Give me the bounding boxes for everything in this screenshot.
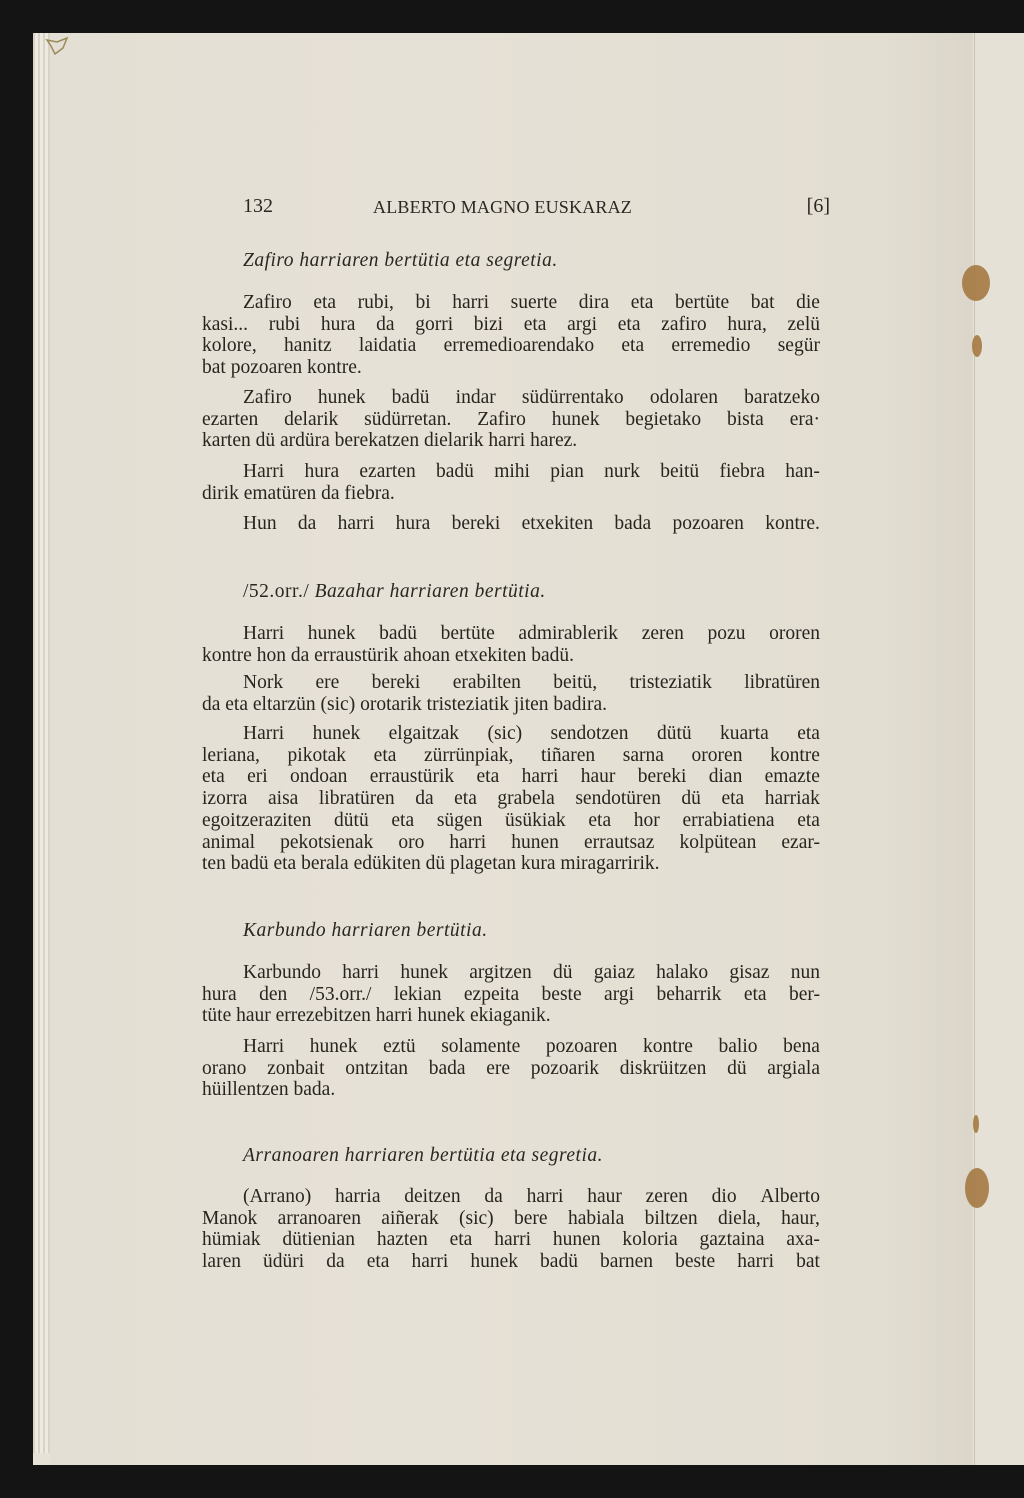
word: bertüte [441,623,495,645]
word: habiala [568,1208,624,1230]
page-number: 132 [243,195,273,218]
word: harri [452,292,489,314]
ink-stain [972,335,982,357]
word: laidatia [359,335,416,357]
word: bat [751,292,775,314]
word: dütienian [282,1229,355,1251]
word: leriana, [202,745,260,767]
word: Manok [202,1208,257,1230]
word: zelü [788,314,820,336]
text-line: Harrihuraezartenbadümihipiannurkbeitüfie… [202,461,820,483]
word: beste [675,1251,715,1273]
word: gaiaz [594,962,635,984]
paragraph: Zafiroetarubi,biharrisuertediraetabertüt… [202,292,820,379]
word: eta [477,766,500,788]
word: hunek [318,387,366,409]
word: deitzen [404,1186,460,1208]
word: beitü, [553,672,597,694]
word: aiñerak [381,1208,438,1230]
text-line: hüillentzen bada. [202,1079,820,1101]
text-line: oranozonbaitontzitanbadaerepozoarikdiskr… [202,1058,820,1080]
word: eta [450,1229,473,1251]
word: hunek [310,1036,358,1058]
page-edges [33,33,51,1453]
word: admirablerik [518,623,618,645]
word: /53.orr./ [310,984,372,1006]
word: hunen [553,1229,601,1251]
word: kontre [770,745,820,767]
word: sendotzen [551,723,629,745]
word: gaztaina [700,1229,765,1251]
word: animal [202,832,255,854]
word: halako [656,962,708,984]
text-line: da eta eltarzün (sic) orotarik tristezia… [202,694,820,716]
ink-stain [962,265,990,301]
word: han- [785,461,820,483]
word: diskrüitzen [620,1058,707,1080]
heading-text: Zafiro harriaren bertütia eta segretia. [243,250,558,271]
word: hura [202,984,237,1006]
word: pian [550,461,584,483]
word: indar [456,387,496,409]
word: erremedioarendako [444,335,595,357]
paragraph: Harrihunekbadübertüteadmirablerikzerenpo… [202,623,820,666]
word: ezarten [359,461,415,483]
word: harri [338,513,375,535]
word: ezpeita [464,984,519,1006]
word: pozoaren [546,1036,617,1058]
word: ontzitan [345,1058,408,1080]
word: lekian [394,984,442,1006]
word: Zafiro [243,387,292,409]
ink-stain [965,1168,989,1208]
word: Harri [243,623,284,645]
section-marker: [6] [807,195,830,218]
word: grabela [497,788,554,810]
text-line: Manokarranoarenaiñerak(sic)berehabialabi… [202,1208,820,1230]
paragraph: Hundaharrihuraberekietxekitenbadapozoare… [202,513,820,535]
word: libratüren [319,788,395,810]
word: dü [681,788,701,810]
word: bista [727,409,764,431]
word: bereki [372,672,421,694]
word: bi [416,292,431,314]
word: arranoaren [278,1208,361,1230]
word: badü [540,1251,578,1273]
text-line: Harrihunekeztüsolamentepozoarenkontrebal… [202,1036,820,1058]
word: pekotsienak [280,832,373,854]
word: harri [411,1251,448,1273]
word: eta [631,292,654,314]
word: Alberto [760,1186,820,1208]
word: pikotak [288,745,347,767]
word: (sic) [459,1208,494,1230]
word: harri [522,766,559,788]
text-line: ten badü eta berala edükiten dü plagetan… [202,853,820,875]
word: hunek [400,962,448,984]
word: hunen [511,832,559,854]
word: ororen [692,745,743,767]
word: eta [797,810,820,832]
heading-text: Arranoaren harriaren bertütia eta segret… [243,1145,603,1166]
word: zeren [646,1186,688,1208]
word: ororen [769,623,820,645]
text-line: dirik ematüren da fiebra. [202,483,820,505]
text-line: kolore,hanitzlaidatiaerremedioarendakoet… [202,335,820,357]
word: dio [712,1186,737,1208]
text-line: Zafirohunekbadüindarsüdürrentakoodolaren… [202,387,820,409]
paragraph: Karbundoharrihunekargitzendügaiazhalakog… [202,962,820,1027]
word: rubi, [358,292,394,314]
word: beste [542,984,582,1006]
word: laren [202,1251,241,1273]
word: errabiatiena [682,810,774,832]
word: suerte [511,292,558,314]
word: hura, [727,314,767,336]
word: zürrünpiak, [424,745,513,767]
ink-stain [973,1115,979,1133]
word: axa- [786,1229,820,1251]
word: haur, [781,1208,820,1230]
word: sendotüren [575,788,661,810]
word: Karbundo [243,962,321,984]
word: hanitz [284,335,332,357]
word: bereki [452,513,501,535]
word: eztü [383,1036,415,1058]
word: ezar- [781,832,820,854]
word: eta [202,766,225,788]
word: badü [392,387,430,409]
word: hor [634,810,660,832]
word: pozoaren [672,513,743,535]
running-title: ALBERTO MAGNO EUSKARAZ [373,197,632,218]
text-line: tüte haur errezebitzen harri hunek ekiag… [202,1005,820,1027]
word: haur [587,1186,622,1208]
word: eta [524,314,547,336]
word: eta [588,810,611,832]
paragraph: Harrihunekelgaitzak(sic)sendotzendütükua… [202,723,820,875]
word: kuarta [720,723,769,745]
word: Harri [243,1036,284,1058]
word: eta [621,335,644,357]
word: da [376,314,394,336]
word: bat [796,1251,820,1273]
text-line: etaeriondoanerraustüriketaharrihaurberek… [202,766,820,788]
word: argitzen [469,962,531,984]
word: die [796,292,820,314]
word: harria [335,1186,380,1208]
word: da [326,1251,344,1273]
text-line: huraden/53.orr./lekianezpeitabesteargibe… [202,984,820,1006]
section-heading: Zafiro harriaren bertütia eta segretia. [243,250,558,272]
word: hunek [470,1251,518,1273]
text-line: Harrihunekelgaitzak(sic)sendotzendütükua… [202,723,820,745]
word: solamente [441,1036,520,1058]
word: sarna [623,745,664,767]
word: libratüren [744,672,820,694]
word: südürretan. [364,409,451,431]
word: Hun [243,513,277,535]
word: egoitzeraziten [202,810,311,832]
word: erraustürik [370,766,454,788]
facing-page-edge [974,33,1024,1465]
word: segür [778,335,820,357]
section-heading: Karbundo harriaren bertütia. [243,920,488,942]
word: ber- [789,984,820,1006]
word: beharrik [656,984,721,1006]
word: delarik [284,409,338,431]
word: badü [436,461,474,483]
text-line: Harrihunekbadübertüteadmirablerikzerenpo… [202,623,820,645]
paragraph: Harrihunekeztüsolamentepozoarenkontrebal… [202,1036,820,1101]
section-heading: Arranoaren harriaren bertütia eta segret… [243,1145,603,1167]
text-line: animalpekotsienakoroharrihunenerrautsazk… [202,832,820,854]
word: beitü [660,461,699,483]
word: hura [321,314,356,336]
paragraph: Zafirohunekbadüindarsüdürrentakoodolaren… [202,387,820,452]
word: dü [553,962,573,984]
word: zonbait [267,1058,324,1080]
word: pozu [708,623,746,645]
word: pozoarik [531,1058,599,1080]
word: eri [247,766,268,788]
word: (sic) [487,723,522,745]
text-line: kontre hon da erraustürik ahoan etxekite… [202,645,820,667]
word: dian [709,766,743,788]
word: bere [514,1208,548,1230]
text-line: karten dü ardüra berekatzen dielarik har… [202,430,820,452]
word: hümiak [202,1229,261,1251]
word: baratzeko [744,387,820,409]
word: odolaren [650,387,718,409]
word: argi [604,984,634,1006]
word: dü [727,1058,747,1080]
text-line: hümiakdütienianhaztenetaharrihunenkolori… [202,1229,820,1251]
word: errautsaz [584,832,654,854]
word: mihi [494,461,530,483]
word: bizi [474,314,503,336]
word: Zafiro [243,292,292,314]
text-line: bat pozoaren kontre. [202,357,820,379]
word: da [298,513,316,535]
text-line: egoitzerazitendütüetasügenüsükiaketahore… [202,810,820,832]
word: tristeziatik [630,672,712,694]
text-line: ezartendelariksüdürretan.Zafirohunekbegi… [202,409,820,431]
word: nurk [604,461,640,483]
word: aisa [268,788,298,810]
text-line: larenüdüridaetaharrihunekbadübarnenbeste… [202,1251,820,1273]
word: bertüte [675,292,729,314]
text-line: kasi...rubihuradagorribizietaargietazafi… [202,314,820,336]
word: dira [579,292,609,314]
heading-text: Bazahar harriaren bertütia. [315,581,546,602]
word: zafiro [661,314,706,336]
word: ezarten [202,409,258,431]
text-line: izorraaisalibratürendaetagrabelasendotür… [202,788,820,810]
word: dütü [657,723,692,745]
word: balio [719,1036,758,1058]
word: da [484,1186,502,1208]
word: eta [721,788,744,810]
paragraph: (Arrano)harriadeitzendaharrihaurzerendio… [202,1186,820,1273]
word: bereki [638,766,687,788]
word: haur [581,766,616,788]
word: argiala [767,1058,820,1080]
text-line: Hundaharrihuraberekietxekitenbadapozoare… [202,513,820,535]
text-line: Norkereberekierabiltenbeitü,tristeziatik… [202,672,820,694]
word: badü [379,623,417,645]
word: kasi... [202,314,248,336]
section-heading: /52.orr./ Bazahar harriaren bertütia. [243,581,546,603]
word: nun [791,962,820,984]
word: harri [527,1186,564,1208]
word: eta [454,788,477,810]
word: orano [202,1058,246,1080]
paragraph: Norkereberekierabiltenbeitü,tristeziatik… [202,672,820,715]
word: eta [618,314,641,336]
word: hura [396,513,431,535]
word: üsükiak [505,810,566,832]
word: gisaz [729,962,769,984]
text-line: (Arrano)harriadeitzendaharrihaurzerendio… [202,1186,820,1208]
word: rubi [269,314,300,336]
word: eta [367,1251,390,1273]
word: hunek [552,409,600,431]
word: hura [304,461,339,483]
word: sügen [437,810,483,832]
word: üdüri [263,1251,304,1273]
word: eta [391,810,414,832]
word: südürrentako [522,387,624,409]
word: era· [790,409,820,431]
word: erremedio [671,335,750,357]
word: koloria [622,1229,677,1251]
word: kontre. [765,513,820,535]
word: hazten [377,1229,428,1251]
word: dütü [334,810,369,832]
word: Zafiro [477,409,526,431]
word: harriak [765,788,820,810]
word: (Arrano) [243,1186,311,1208]
word: bena [783,1036,820,1058]
word: harri [449,832,486,854]
word: diela, [718,1208,761,1230]
word: Harri [243,461,284,483]
word: harri [342,962,379,984]
word: eta [744,984,767,1006]
word: eta [313,292,336,314]
word: zeren [642,623,684,645]
word: bada [614,513,651,535]
word: fiebra [719,461,764,483]
corner-fold-icon [45,36,71,58]
word: hunek [313,723,361,745]
word: ondoan [290,766,347,788]
paragraph: Harrihuraezartenbadümihipiannurkbeitüfie… [202,461,820,504]
word: begietako [625,409,701,431]
word: kontre [643,1036,693,1058]
word: tiñaren [541,745,595,767]
word: barnen [600,1251,653,1273]
word: izorra [202,788,247,810]
word: ere [315,672,339,694]
word: ere [486,1058,510,1080]
word: kolore, [202,335,257,357]
word: gorri [415,314,453,336]
text-line: Karbundoharrihunekargitzendügaiazhalakog… [202,962,820,984]
word: da [415,788,433,810]
word: den [259,984,287,1006]
word: argi [567,314,597,336]
word: harri [494,1229,531,1251]
word: elgaitzak [389,723,459,745]
folio-reference: /52.orr./ [243,581,309,602]
word: harri [737,1251,774,1273]
word: eta [797,723,820,745]
word: kolpütean [679,832,756,854]
word: biltzen [645,1208,698,1230]
word: oro [398,832,424,854]
word: Nork [243,672,283,694]
heading-text: Karbundo harriaren bertütia. [243,920,488,941]
text-line: Zafiroetarubi,biharrisuertediraetabertüt… [202,292,820,314]
text-line: leriana,pikotaketazürrünpiak,tiñarensarn… [202,745,820,767]
word: eta [374,745,397,767]
word: emazte [765,766,820,788]
word: etxekiten [522,513,593,535]
word: Harri [243,723,284,745]
word: bada [429,1058,466,1080]
word: hunek [308,623,356,645]
word: erabilten [453,672,521,694]
